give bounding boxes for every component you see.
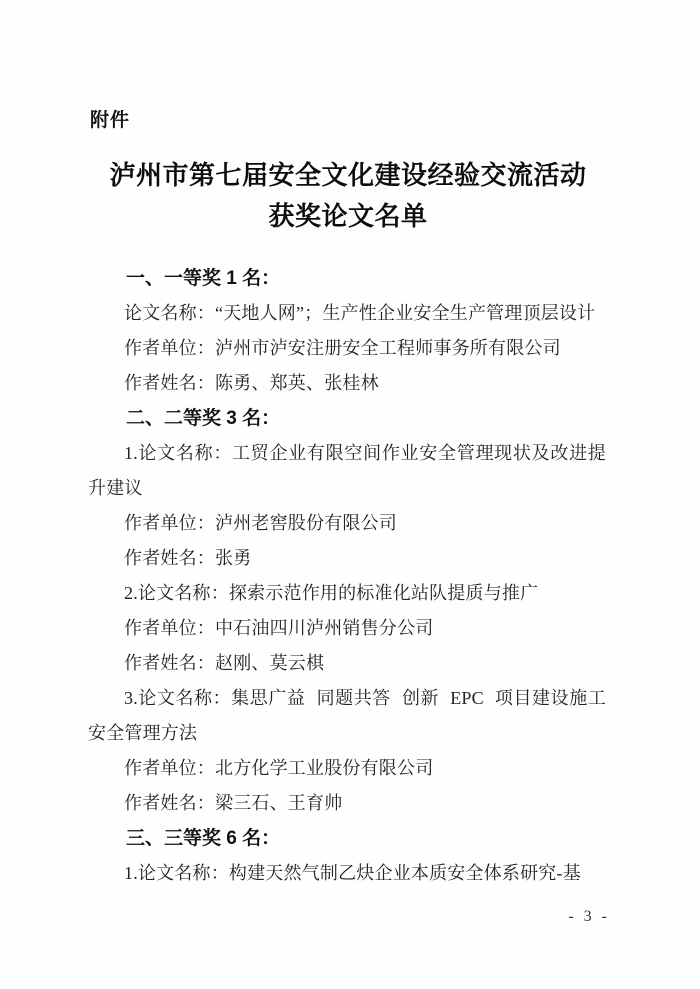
author-names: 作者姓名：陈勇、郑英、张桂林 [88,366,606,401]
document-title-line-2: 获奖论文名单 [268,202,427,231]
author-unit: 作者单位：泸州市泸安注册安全工程师事务所有限公司 [88,331,606,366]
paper-title: 3.论文名称：集思广益 同题共答 创新 EPC 项目建设施工安全管理方法 [88,681,606,751]
author-unit: 作者单位：北方化学工业股份有限公司 [88,751,606,786]
paper-title: 2.论文名称：探索示范作用的标准化站队提质与推广 [88,576,606,611]
section-heading-first-prize: 一、一等奖 1 名： [88,261,606,296]
document-title: 泸州市第七届安全文化建设经验交流活动 获奖论文名单 [88,155,608,237]
author-unit: 作者单位：中石油四川泸州销售分公司 [88,611,606,646]
author-unit: 作者单位：泸州老窖股份有限公司 [88,506,606,541]
document-page: 附件 泸州市第七届安全文化建设经验交流活动 获奖论文名单 一、一等奖 1 名： … [0,0,700,989]
section-heading-third-prize: 三、三等奖 6 名： [88,821,606,856]
author-names: 作者姓名：赵刚、莫云棋 [88,646,606,681]
document-title-line-1: 泸州市第七届安全文化建设经验交流活动 [109,161,586,190]
section-heading-second-prize: 二、二等奖 3 名： [88,401,606,436]
attachment-label: 附件 [90,105,130,132]
author-names: 作者姓名：张勇 [88,541,606,576]
paper-title: 1.论文名称：工贸企业有限空间作业安全管理现状及改进提升建议 [88,436,606,506]
paper-title: 论文名称：“天地人网”；生产性企业安全生产管理顶层设计 [88,296,606,331]
document-body: 一、一等奖 1 名： 论文名称：“天地人网”；生产性企业安全生产管理顶层设计 作… [88,261,606,891]
paper-title: 1.论文名称：构建天然气制乙炔企业本质安全体系研究-基 [88,856,606,891]
author-names: 作者姓名：梁三石、王育帅 [88,786,606,821]
page-number: - 3 - [568,908,610,926]
